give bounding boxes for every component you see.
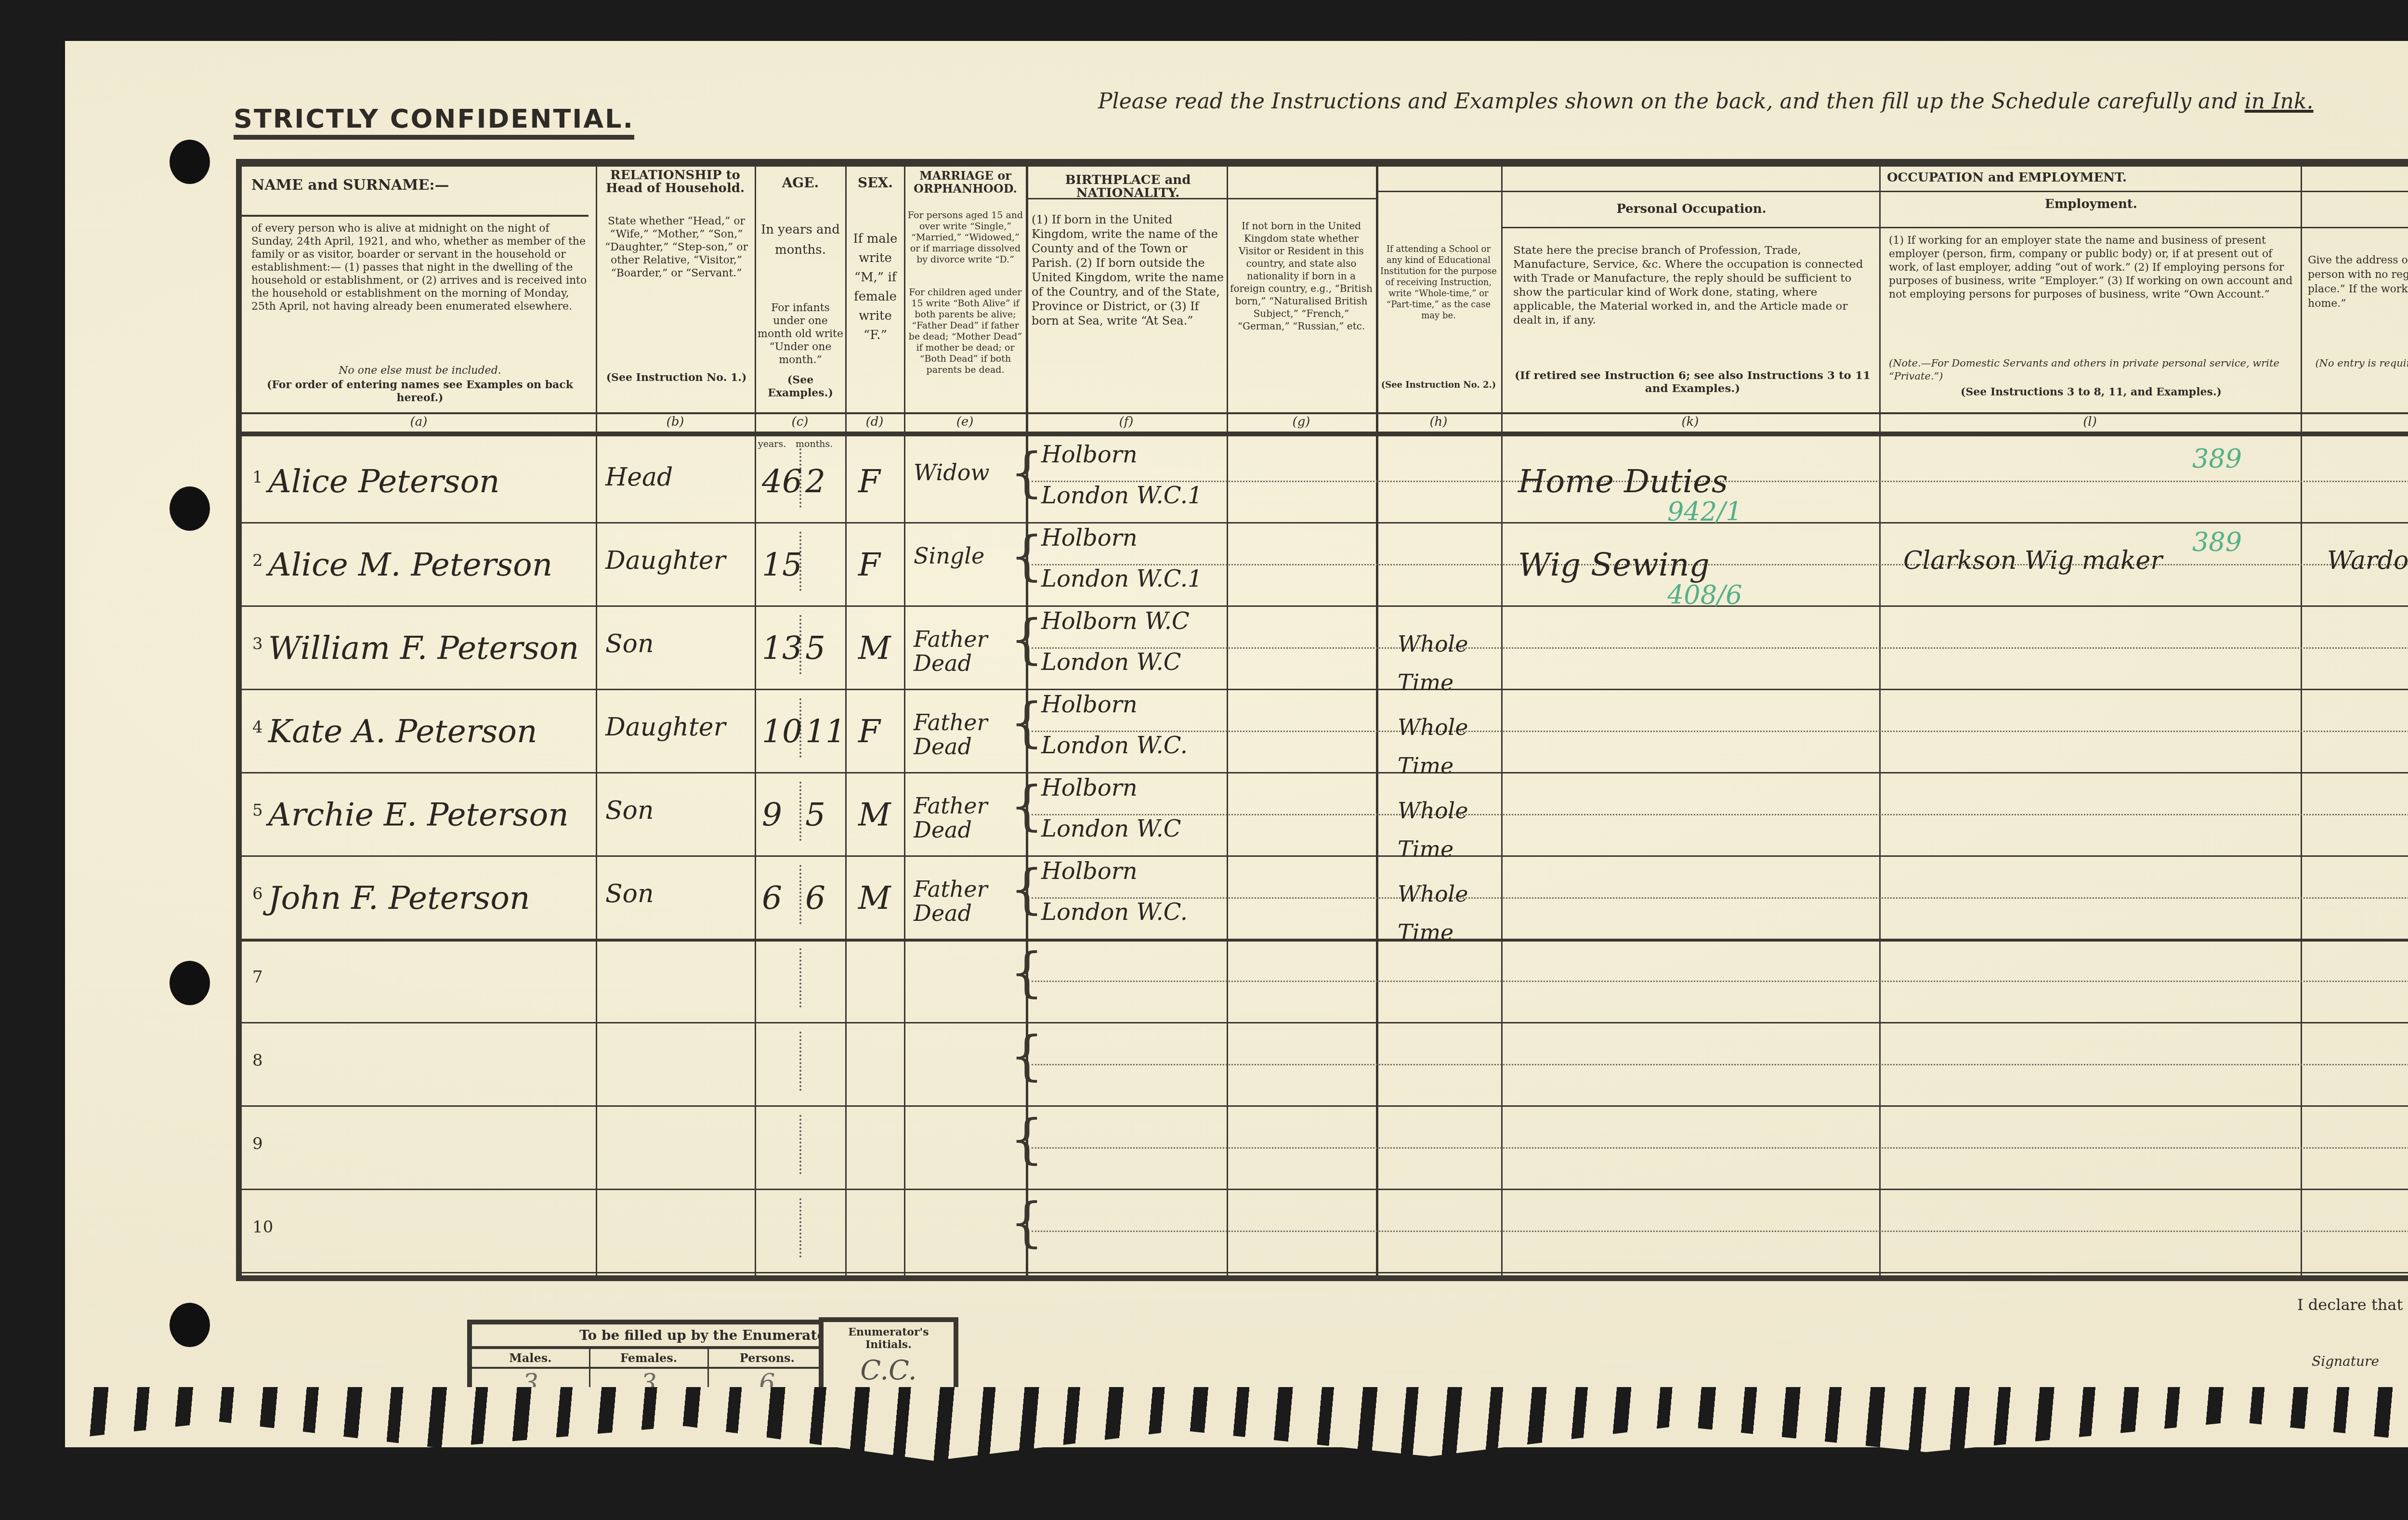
- col-c-infant: For infants under one month old write “U…: [757, 301, 844, 367]
- col-a-letter: (a): [242, 415, 596, 429]
- col-divider-e: [904, 167, 905, 1275]
- col-l-italic-note: (Note.—For Domestic Servants and others …: [1889, 357, 2293, 383]
- col-k-body: State here the precise branch of Profess…: [1513, 244, 1872, 328]
- col-l-title: Employment.: [1882, 198, 2301, 211]
- col-c-body: In years and months.: [757, 220, 844, 260]
- col-m-body: Give the address of each person's place …: [2308, 253, 2408, 311]
- col-c-letter: (c): [755, 415, 845, 429]
- birthplace-line-2: London W.C: [1041, 815, 1181, 842]
- person-name: Kate A. Peterson: [268, 713, 537, 750]
- sex-value: M: [858, 629, 891, 667]
- age-years-value: 10: [762, 713, 802, 750]
- row-mid-dotted-line: [1032, 814, 2408, 815]
- col-b-title: RELATIONSHIP to Head of Household.: [598, 169, 752, 195]
- row-mid-dotted-line: [1032, 1231, 2408, 1232]
- age-years-value: 15: [762, 546, 802, 583]
- age-years-label: years.: [758, 439, 786, 449]
- occupation-value: Wig Sewing: [1518, 546, 1710, 583]
- age-divider-dashed: [799, 1032, 801, 1091]
- sex-value: F: [858, 713, 880, 750]
- relationship-value: Head: [605, 463, 673, 492]
- education-value: Whole Time: [1398, 708, 1494, 785]
- col-m-title: Place of Work.: [2303, 203, 2408, 216]
- person-name: John F. Peterson: [268, 879, 530, 917]
- age-months-value: 11: [805, 713, 846, 750]
- relationship-value: Son: [605, 796, 654, 825]
- occupation-sub-line: [1501, 227, 2408, 228]
- brace-icon: {: [1010, 1029, 1044, 1082]
- instruction-text: Please read the Instructions and Example…: [1098, 89, 2314, 114]
- sex-value: M: [858, 796, 891, 833]
- person-name: William F. Peterson: [268, 629, 579, 667]
- person-name: Archie E. Peterson: [268, 796, 569, 833]
- age-months-value: 6: [805, 879, 825, 917]
- occupation-title: OCCUPATION and EMPLOYMENT.: [1378, 171, 2408, 184]
- col-h-body: If attending a School or any kind of Edu…: [1378, 244, 1499, 321]
- row-divider: [242, 772, 2408, 773]
- age-divider-dashed: [799, 782, 801, 841]
- row-divider: [242, 1105, 2408, 1107]
- instruction-sentence: Please read the Instructions and Example…: [1098, 89, 2238, 114]
- torn-edge: [65, 1387, 2408, 1474]
- birthplace-line-2: London W.C.1: [1041, 565, 1203, 592]
- person-name: Alice M. Peterson: [268, 546, 552, 583]
- punch-hole: [170, 1303, 210, 1347]
- row-number: 4: [252, 718, 263, 737]
- birthplace-line-1: Holborn W.C: [1041, 608, 1190, 635]
- age-divider-dashed: [799, 1115, 801, 1174]
- confidential-heading: STRICTLY CONFIDENTIAL.: [234, 104, 634, 140]
- row-number: 5: [252, 801, 263, 820]
- age-years-value: 6: [762, 879, 782, 917]
- col-f-letter: (f): [1026, 415, 1227, 429]
- letter-line: [242, 412, 2408, 414]
- education-value: Whole Time: [1398, 791, 1494, 868]
- relationship-value: Son: [605, 879, 654, 908]
- males-label: Males.: [472, 1349, 589, 1369]
- col-l-body: (1) If working for an employer state the…: [1889, 234, 2293, 301]
- sex-value: F: [858, 546, 880, 583]
- age-years-value: 9: [762, 796, 782, 833]
- row-mid-dotted-line: [1032, 731, 2408, 732]
- row-divider: [242, 939, 2408, 942]
- col-e-letter: (e): [904, 415, 1026, 429]
- occupation-code: 942/1: [1667, 497, 1742, 527]
- col-e-body2: For children aged under 15 write “Both A…: [906, 287, 1024, 376]
- relationship-value: Daughter: [605, 713, 726, 742]
- col-divider-h: [1376, 167, 1378, 1275]
- row-mid-dotted-line: [1032, 564, 2408, 565]
- col-k-letter: (k): [1501, 415, 1879, 429]
- col-k-note: (If retired see Instruction 6; see also …: [1513, 369, 1872, 395]
- row-number: 9: [252, 1134, 263, 1153]
- brace-icon: {: [1010, 946, 1044, 999]
- row-divider: [242, 522, 2408, 524]
- col-m-letter: (m): [2301, 415, 2408, 429]
- row-divider: [242, 1189, 2408, 1190]
- age-months-value: 5: [805, 629, 825, 667]
- header-divider: [242, 432, 2408, 436]
- col-k-title: Personal Occupation.: [1504, 203, 1879, 216]
- col-g-body: If not born in the United Kingdom state …: [1229, 220, 1374, 332]
- birthplace-title-line: [1027, 198, 1376, 199]
- marriage-value: Father Dead: [914, 710, 1020, 759]
- col-divider-l: [1879, 167, 1881, 1275]
- birthplace-line-2: London W.C: [1041, 649, 1181, 676]
- age-months-label: months.: [796, 439, 833, 449]
- marriage-value: Father Dead: [914, 877, 1020, 925]
- col-b-body: State whether “Head,” or “Wife,” “Mother…: [601, 215, 752, 280]
- marriage-value: Widow: [914, 460, 1020, 485]
- relationship-value: Daughter: [605, 546, 726, 575]
- row-mid-dotted-line: [1032, 1147, 2408, 1149]
- sex-value: F: [858, 463, 880, 500]
- col-l-letter: (l): [1879, 415, 2301, 429]
- col-divider-k: [1501, 167, 1503, 1275]
- punch-hole: [170, 486, 210, 531]
- col-divider-c: [755, 167, 756, 1275]
- col-a-title: NAME and SURNAME:—: [251, 179, 589, 192]
- col-a-title-line: [242, 215, 589, 217]
- col-d-body: If male write “M,” if female write “F.”: [848, 229, 903, 345]
- education-value: Whole Time: [1398, 625, 1494, 702]
- row-mid-dotted-line: [1032, 897, 2408, 899]
- col-f-body: (1) If born in the United Kingdom, write…: [1032, 212, 1224, 328]
- initials-value: C.C.: [824, 1355, 954, 1386]
- col-h-note: (See Instruction No. 2.): [1378, 379, 1499, 392]
- row-mid-dotted-line: [1032, 1064, 2408, 1065]
- row-number: 1: [252, 468, 263, 487]
- signature-label: Signature: [2312, 1353, 2379, 1369]
- birthplace-line-1: Holborn: [1041, 441, 1138, 468]
- employment-value: Clarkson Wig maker: [1903, 546, 2162, 575]
- col-c-note: (See Examples.): [757, 374, 844, 400]
- age-divider-dashed: [799, 865, 801, 924]
- row-number: 2: [252, 551, 263, 570]
- row-mid-dotted-line: [1032, 981, 2408, 982]
- row-mid-dotted-line: [1032, 647, 2408, 649]
- census-table: NAME and SURNAME:— of every person who i…: [236, 159, 2408, 1281]
- occupation-code: 408/6: [1667, 580, 1742, 610]
- birthplace-line-2: London W.C.: [1041, 899, 1188, 926]
- employment-code: 389: [2192, 444, 2242, 474]
- education-value: Whole Time: [1398, 875, 1494, 952]
- birthplace-line-1: Holborn: [1041, 691, 1138, 718]
- col-e-body: For persons aged 15 and over write “Sing…: [906, 210, 1024, 265]
- age-months-value: 2: [805, 463, 825, 500]
- birthplace-line-1: Holborn: [1041, 774, 1138, 801]
- marriage-value: Father Dead: [914, 627, 1020, 675]
- birthplace-line-1: Holborn: [1041, 858, 1138, 885]
- punch-hole: [170, 140, 210, 184]
- birthplace-line-2: London W.C.: [1041, 732, 1188, 759]
- relationship-value: Son: [605, 629, 654, 658]
- occupation-value: Home Duties: [1518, 463, 1728, 500]
- place-of-work-value: Wardour St. W.: [2327, 546, 2408, 575]
- initials-label: Enumerator's Initials.: [824, 1322, 954, 1355]
- age-divider-dashed: [799, 948, 801, 1008]
- instruction-ink: in Ink.: [2245, 89, 2314, 114]
- col-d-title: SEX.: [848, 176, 903, 189]
- row-number: 3: [252, 634, 263, 654]
- row-number: 7: [252, 968, 263, 987]
- birthplace-title: BIRTHPLACE and NATIONALITY.: [1029, 174, 1227, 200]
- birthplace-line-2: London W.C.1: [1041, 482, 1203, 509]
- age-years-value: 13: [762, 629, 802, 667]
- age-divider-dashed: [799, 1198, 801, 1258]
- row-number: 6: [252, 884, 263, 904]
- declaration-text: I declare that this Schedule is correctl…: [2297, 1296, 2408, 1314]
- col-a-order: (For order of entering names see Example…: [251, 379, 589, 405]
- occupation-title-line: [1377, 191, 2408, 192]
- row-divider: [242, 855, 2408, 857]
- employment-code: 389: [2192, 527, 2242, 557]
- row-divider: [242, 1022, 2408, 1023]
- col-m-note: (No entry is required for any person who…: [2308, 357, 2408, 383]
- birthplace-line-1: Holborn: [1041, 524, 1138, 551]
- row-number: 10: [252, 1218, 273, 1237]
- row-number: 8: [252, 1051, 263, 1070]
- col-divider-b: [596, 167, 597, 1275]
- col-c-title: AGE.: [757, 176, 844, 189]
- marriage-value: Single: [914, 544, 1020, 568]
- punch-hole: [170, 961, 210, 1005]
- col-a-body: of every person who is alive at midnight…: [251, 222, 589, 313]
- col-g-letter: (g): [1227, 415, 1376, 429]
- persons-label: Persons.: [709, 1349, 826, 1369]
- marriage-value: Father Dead: [914, 794, 1020, 842]
- brace-icon: {: [1010, 1196, 1044, 1249]
- col-b-note: (See Instruction No. 1.): [601, 371, 752, 384]
- age-months-value: 5: [805, 796, 825, 833]
- row-divider: [242, 605, 2408, 607]
- row-divider: [242, 689, 2408, 690]
- col-a-note: No one else must be included.: [251, 364, 589, 377]
- col-b-letter: (b): [596, 415, 755, 429]
- col-h-letter: (h): [1376, 415, 1501, 429]
- person-name: Alice Peterson: [268, 463, 500, 500]
- females-label: Females.: [590, 1349, 707, 1369]
- col-l-note: (See Instructions 3 to 8, 11, and Exampl…: [1889, 386, 2293, 399]
- col-d-letter: (d): [845, 415, 904, 429]
- age-years-value: 46: [762, 463, 802, 500]
- col-e-title: MARRIAGE or ORPHANHOOD.: [906, 169, 1024, 195]
- sex-value: M: [858, 879, 891, 917]
- brace-icon: {: [1010, 1113, 1044, 1166]
- col-divider-g: [1227, 167, 1228, 1275]
- row-divider: [242, 1272, 2408, 1273]
- col-divider-m: [2301, 167, 2302, 1275]
